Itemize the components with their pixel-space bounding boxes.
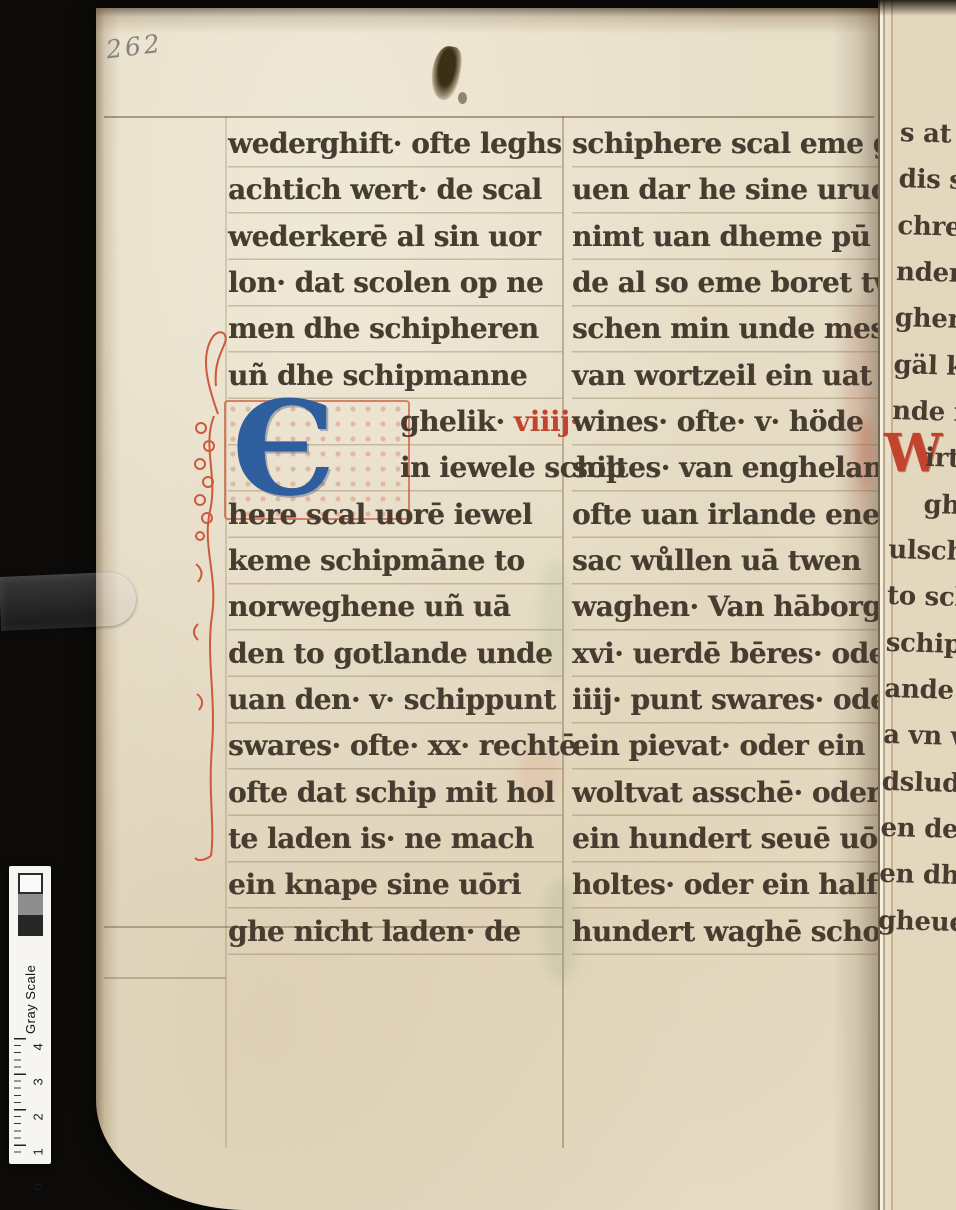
recto-line: dis si· ofte: [898, 156, 956, 206]
recto-line: nde id si·: [892, 388, 956, 438]
manuscript-line: here scal uorē iewel: [228, 491, 562, 537]
recto-line: schip kü: [885, 620, 956, 670]
page-holder-clip: [0, 571, 137, 631]
manuscript-line: waghen· Van hāborg: [572, 583, 878, 629]
ruler-number: 3: [31, 1072, 46, 1086]
recto-line: chrette· o: [897, 203, 956, 253]
manuscript-line: schen min unde mest: [572, 305, 878, 351]
manuscript-line: ofte uan irlande enen: [572, 491, 878, 537]
ruler-number: 4: [31, 1037, 46, 1051]
manuscript-line: sac wůllen uā twen: [572, 537, 878, 583]
chapter-numeral-rubric: viiij·: [514, 405, 579, 438]
manuscript-line: xvi· uerdē bēres· oder: [572, 630, 878, 676]
manuscript-line: men dhe schipheren: [228, 305, 562, 351]
text-column-right: schiphere scal eme ghe uen dar he sine u…: [572, 120, 878, 954]
manuscript-line: hundert waghē scho: [572, 908, 878, 954]
recto-line: irt e: [890, 434, 956, 484]
manuscript-line: ein pievat· oder ein: [572, 722, 878, 768]
grayscale-patch-mid: [18, 894, 43, 915]
recto-line: to schip: [886, 573, 956, 623]
grayscale-patch-dark: [18, 915, 43, 936]
ruler-number: 1: [31, 1142, 46, 1156]
grayscale-ruler: 4 3 2 1 0: [9, 1034, 51, 1164]
manuscript-line: woltvat asschē· oder: [572, 769, 878, 815]
recto-line: dslude d: [881, 758, 956, 808]
recto-page-edge: W s at mī dis si· ofte chrette· o ndert …: [878, 0, 956, 1210]
recto-text-fragments: s at mī dis si· ofte chrette· o ndert me…: [878, 110, 956, 948]
ruling-top: [104, 116, 874, 118]
ruling-bottom-short: [104, 977, 226, 979]
manuscript-line: ein hundert seuē uōte: [572, 815, 878, 861]
manuscript-line: uan den· v· schippunt: [228, 676, 562, 722]
manuscript-line: swares· ofte· xx· rechtē: [228, 722, 562, 768]
manuscript-line: nimt uan dheme pū: [572, 213, 878, 259]
chapter-word: ghelik·: [400, 405, 505, 438]
recto-line: ande ofi: [884, 666, 956, 716]
text-column-left: wederghift· ofte leghs achtich wert· de …: [228, 120, 562, 954]
manuscript-line: den to gotlande unde: [228, 630, 562, 676]
manuscript-line: iiij· punt swares· oder: [572, 676, 878, 722]
grayscale-label: Gray Scale: [23, 942, 38, 1034]
manuscript-line: wederkerē al sin uor: [228, 213, 562, 259]
manuscript-line: achtich wert· de scal: [228, 166, 562, 212]
manuscript-line: holtes· oder ein half: [572, 861, 878, 907]
grayscale-calibration-bar: Gray Scale 4 3 2 1 0: [9, 866, 51, 1164]
manuscript-line: wederghift· ofte leghs: [228, 120, 562, 166]
manuscript-line: schiphere scal eme ghe: [572, 120, 878, 166]
manuscript-line: van wortzeil ein uat: [572, 352, 878, 398]
recto-line: s at mī: [899, 110, 956, 160]
manuscript-line: ofte dat schip mit hol: [228, 769, 562, 815]
recto-line: en de dh: [880, 805, 956, 855]
grayscale-patch-white: [18, 873, 43, 894]
manuscript-line: wines· ofte· v· höde: [572, 398, 878, 444]
manuscript-photo: 262 Є wederghift· ofte leghs: [0, 0, 956, 1210]
manuscript-line-chapter: ghelik· viiij·: [228, 398, 562, 444]
ink-stain-dot: [458, 92, 467, 104]
manuscript-line: norweghene uñ uā: [228, 583, 562, 629]
manuscript-line: uen dar he sine urucht: [572, 166, 878, 212]
manuscript-line: ein knape sine uōri: [228, 861, 562, 907]
ruler-number: 2: [31, 1107, 46, 1121]
manuscript-line: de al so eme boret twis: [572, 259, 878, 305]
manuscript-line: uñ dhe schipmanne: [228, 352, 562, 398]
manuscript-line: in iewele schip: [228, 444, 562, 490]
recto-line: ghen· ofte: [894, 295, 956, 345]
manuscript-line: te laden is· ne mach: [228, 815, 562, 861]
recto-line: ghel: [889, 481, 956, 531]
recto-line: ulsche to: [888, 527, 956, 577]
recto-line: ndert me: [895, 249, 956, 299]
manuscript-line: keme schipmāne to: [228, 537, 562, 583]
recto-line: a vn wi: [883, 712, 956, 762]
manuscript-line: ghe nicht laden· de: [228, 908, 562, 954]
ruler-number: 0: [31, 1177, 46, 1191]
manuscript-line: lon· dat scolen op ne: [228, 259, 562, 305]
recto-line: gäl kome: [893, 342, 956, 392]
recto-line: gheuen: [878, 897, 956, 947]
recto-line: en dhen: [879, 851, 956, 901]
manuscript-line: soltes· van enghelant: [572, 444, 878, 490]
ruler-ticks-big: [14, 1038, 26, 1158]
